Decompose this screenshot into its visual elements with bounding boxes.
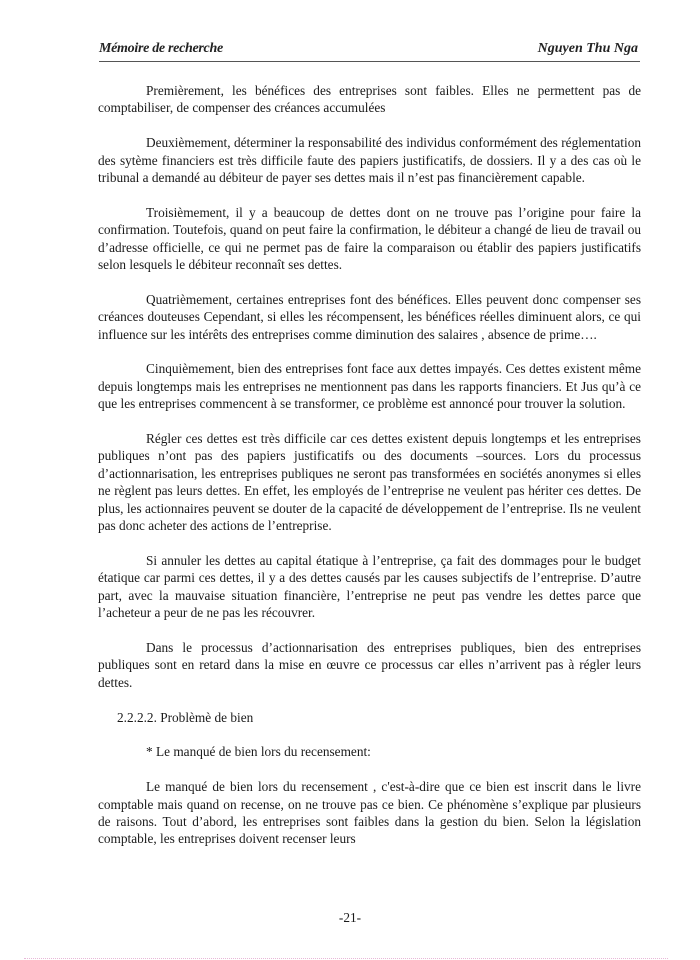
paragraph-actionnarisation: Dans le processus d’actionnarisation des… bbox=[98, 639, 641, 691]
header-author: Nguyen Thu Nga bbox=[538, 41, 638, 57]
paragraph-troisiemement: Troisièmement, il y a beaucoup de dettes… bbox=[98, 204, 641, 274]
paragraph-premierement: Premièrement, les bénéfices des entrepri… bbox=[98, 82, 641, 117]
page-header: Mémoire de recherche Nguyen Thu Nga bbox=[99, 39, 640, 62]
paragraph-cinquiemement: Cinquièmement, bien des entreprises font… bbox=[98, 360, 641, 412]
paragraph-deuxiemement: Deuxièmement, déterminer la responsabili… bbox=[98, 134, 641, 186]
header-title: Mémoire de recherche bbox=[99, 41, 223, 57]
paragraph-regler-dettes: Régler ces dettes est très difficile car… bbox=[98, 430, 641, 534]
page-boundary-divider bbox=[24, 958, 668, 959]
page-number: -21- bbox=[0, 910, 700, 926]
section-heading: 2.2.2.2. Problèmè de bien bbox=[98, 709, 641, 726]
page-body: Premièrement, les bénéfices des entrepri… bbox=[98, 82, 641, 865]
paragraph-manque-de-bien: Le manqué de bien lors du recensement , … bbox=[98, 778, 641, 848]
document-page: Mémoire de recherche Nguyen Thu Nga Prem… bbox=[0, 0, 700, 960]
paragraph-quatriemement: Quatrièmement, certaines entreprises fon… bbox=[98, 291, 641, 343]
subsection-heading: * Le manqué de bien lors du recensement: bbox=[98, 743, 641, 760]
paragraph-annuler-dettes: Si annuler les dettes au capital étatiqu… bbox=[98, 552, 641, 622]
